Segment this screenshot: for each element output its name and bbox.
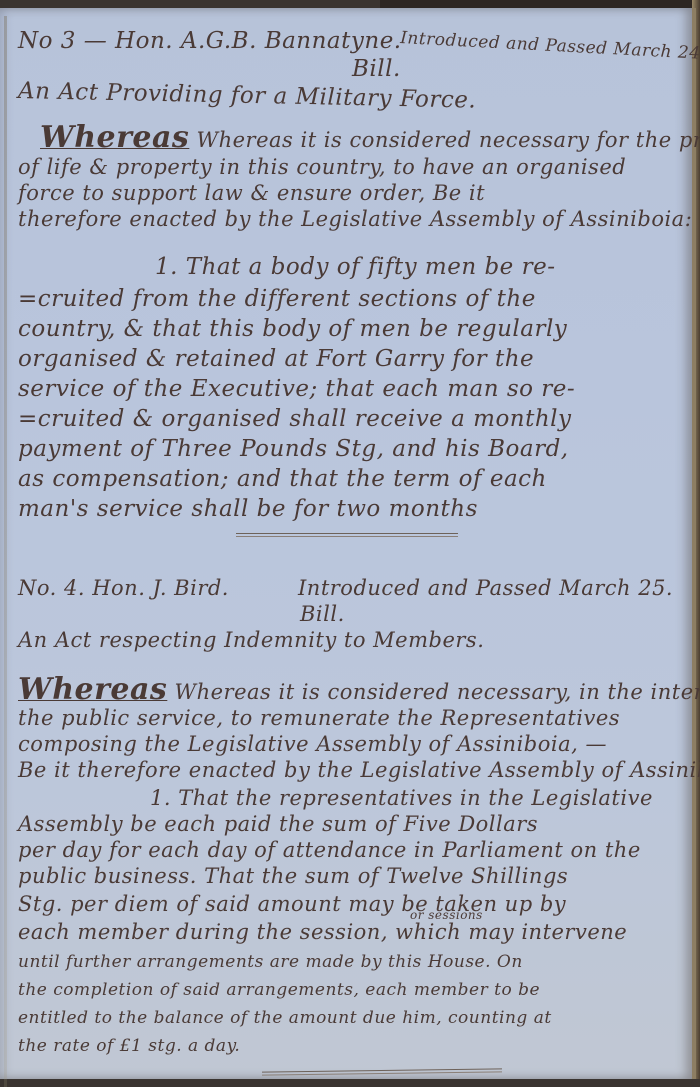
ledger-page: No 3 — Hon. A.G.B. Bannatyne. Introduced… <box>0 8 696 1079</box>
bill4-title: An Act respecting Indemnity to Members. <box>18 628 484 652</box>
bill3-preamble-line-4: therefore enacted by the Legislative Ass… <box>18 207 692 231</box>
bill4-clause1-line-1: 1. That the representatives in the Legis… <box>150 786 653 810</box>
bill4-preamble-line-2: the public service, to remunerate the Re… <box>18 706 620 730</box>
bill4-preamble-line-3: composing the Legislative Assembly of As… <box>18 732 607 756</box>
whereas-word: Whereas <box>40 120 189 155</box>
bill3-clause1-line-1: 1. That a body of fifty men be re- <box>155 254 555 280</box>
bill4-clause1-line-3: per day for each day of attendance in Pa… <box>18 838 641 862</box>
bill3-clause1-line-8: as compensation; and that the term of ea… <box>18 466 547 492</box>
bill3-clause1-line-7: payment of Three Pounds Stg, and his Boa… <box>18 436 569 462</box>
bill3-title: An Act Providing for a Military Force. <box>18 78 477 114</box>
bill4-clause1-line-8: the completion of said arrangements, eac… <box>18 980 540 1000</box>
bill3-clause1-line-6: =cruited & organised shall receive a mon… <box>18 406 572 432</box>
bill3-clause1-line-4: organised & retained at Fort Garry for t… <box>18 346 534 372</box>
page-crease <box>4 16 7 1079</box>
bill3-bill-label: Bill. <box>352 56 401 82</box>
bill4-bill-label: Bill. <box>300 602 345 626</box>
bill3-status: Introduced and Passed March 24. <box>400 28 700 64</box>
closing-divider <box>262 1068 502 1075</box>
bill4-preamble-line-1: Whereas Whereas it is considered necessa… <box>18 672 700 707</box>
bill3-preamble-line-2: of life & property in this country, to h… <box>18 155 626 179</box>
bill3-clause1-line-2: =cruited from the different sections of … <box>18 286 536 312</box>
bill4-header: No. 4. Hon. J. Bird. <box>18 576 229 600</box>
section-divider <box>236 533 458 537</box>
bill4-status: Introduced and Passed March 25. <box>298 576 673 600</box>
bill3-clause1-line-5: service of the Executive; that each man … <box>18 376 575 402</box>
bill4-preamble-line-4: Be it therefore enacted by the Legislati… <box>18 758 700 782</box>
bill4-clause1-line-10: the rate of £1 stg. a day. <box>18 1036 240 1056</box>
preamble-text: Whereas it is considered necessary, in t… <box>175 680 700 704</box>
bill4-clause1-line-7: until further arrangements are made by t… <box>18 952 523 972</box>
bill3-clause1-line-3: country, & that this body of men be regu… <box>18 316 567 342</box>
bill4-clause1-line-2: Assembly be each paid the sum of Five Do… <box>18 812 538 836</box>
bill4-clause1-line-9: entitled to the balance of the amount du… <box>18 1008 552 1028</box>
bill3-preamble-line-3: force to support law & ensure order, Be … <box>18 181 485 205</box>
whereas-word: Whereas <box>18 672 167 707</box>
bill3-header: No 3 — Hon. A.G.B. Bannatyne. <box>18 28 402 54</box>
bill3-clause1-line-9: man's service shall be for two months <box>18 496 478 522</box>
bill3-preamble-line-1: Whereas Whereas it is considered necessa… <box>40 120 700 155</box>
bill4-clause1-line-6: each member during the session, which ma… <box>18 920 627 944</box>
bill4-clause1-line-4: public business. That the sum of Twelve … <box>18 864 568 888</box>
preamble-text: Whereas it is considered necessary for t… <box>197 128 700 152</box>
bill4-clause1-line-5: Stg. per diem of said amount may be take… <box>18 892 566 916</box>
